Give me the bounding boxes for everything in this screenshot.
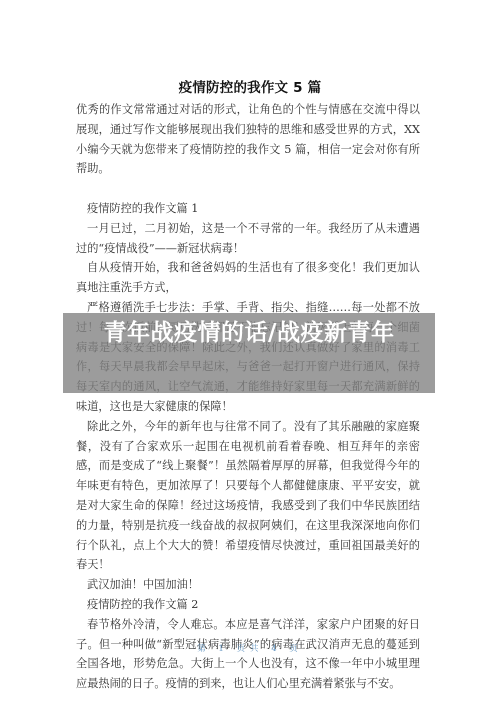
overlay-banner: 青年战疫情的话/战疫新青年 [63, 313, 435, 393]
section-heading: 疫情防控的我作文篇 2 [76, 595, 420, 615]
banner-title: 青年战疫情的话/战疫新青年 [63, 319, 435, 347]
section-heading: 疫情防控的我作文篇 1 [76, 199, 420, 219]
paragraph: 武汉加油！中国加油！ [76, 575, 420, 595]
paragraph: 除此之外，今年的新年也与往常不同了。没有了其乐融融的家庭聚餐，没有了合家欢乐一起… [76, 417, 420, 575]
document-title: 疫情防控的我作文 5 篇 [0, 76, 500, 96]
intro-paragraph: 优秀的作文常常通过对话的形式，让角色的个性与情感在交流中得以展现，通过写作文能够… [76, 100, 420, 179]
page-footer: 第 1 页共 4 页 [0, 642, 500, 654]
document-body: 优秀的作文常常通过对话的形式，让角色的个性与情感在交流中得以展现，通过写作文能够… [76, 100, 420, 694]
paragraph: 自从疫情开始，我和爸爸妈妈的生活也有了很多变化！我们更加认真地注重洗手方式， [76, 258, 420, 298]
paragraph: 春节格外冷清，令人难忘。本应是喜气洋洋，家家户户团聚的好日子。但一种叫做“新型冠… [76, 615, 420, 694]
paragraph: 一月已过，二月初始，这是一个不寻常的一年。我经历了从未遭遇过的“疫情战役”——新… [76, 219, 420, 259]
